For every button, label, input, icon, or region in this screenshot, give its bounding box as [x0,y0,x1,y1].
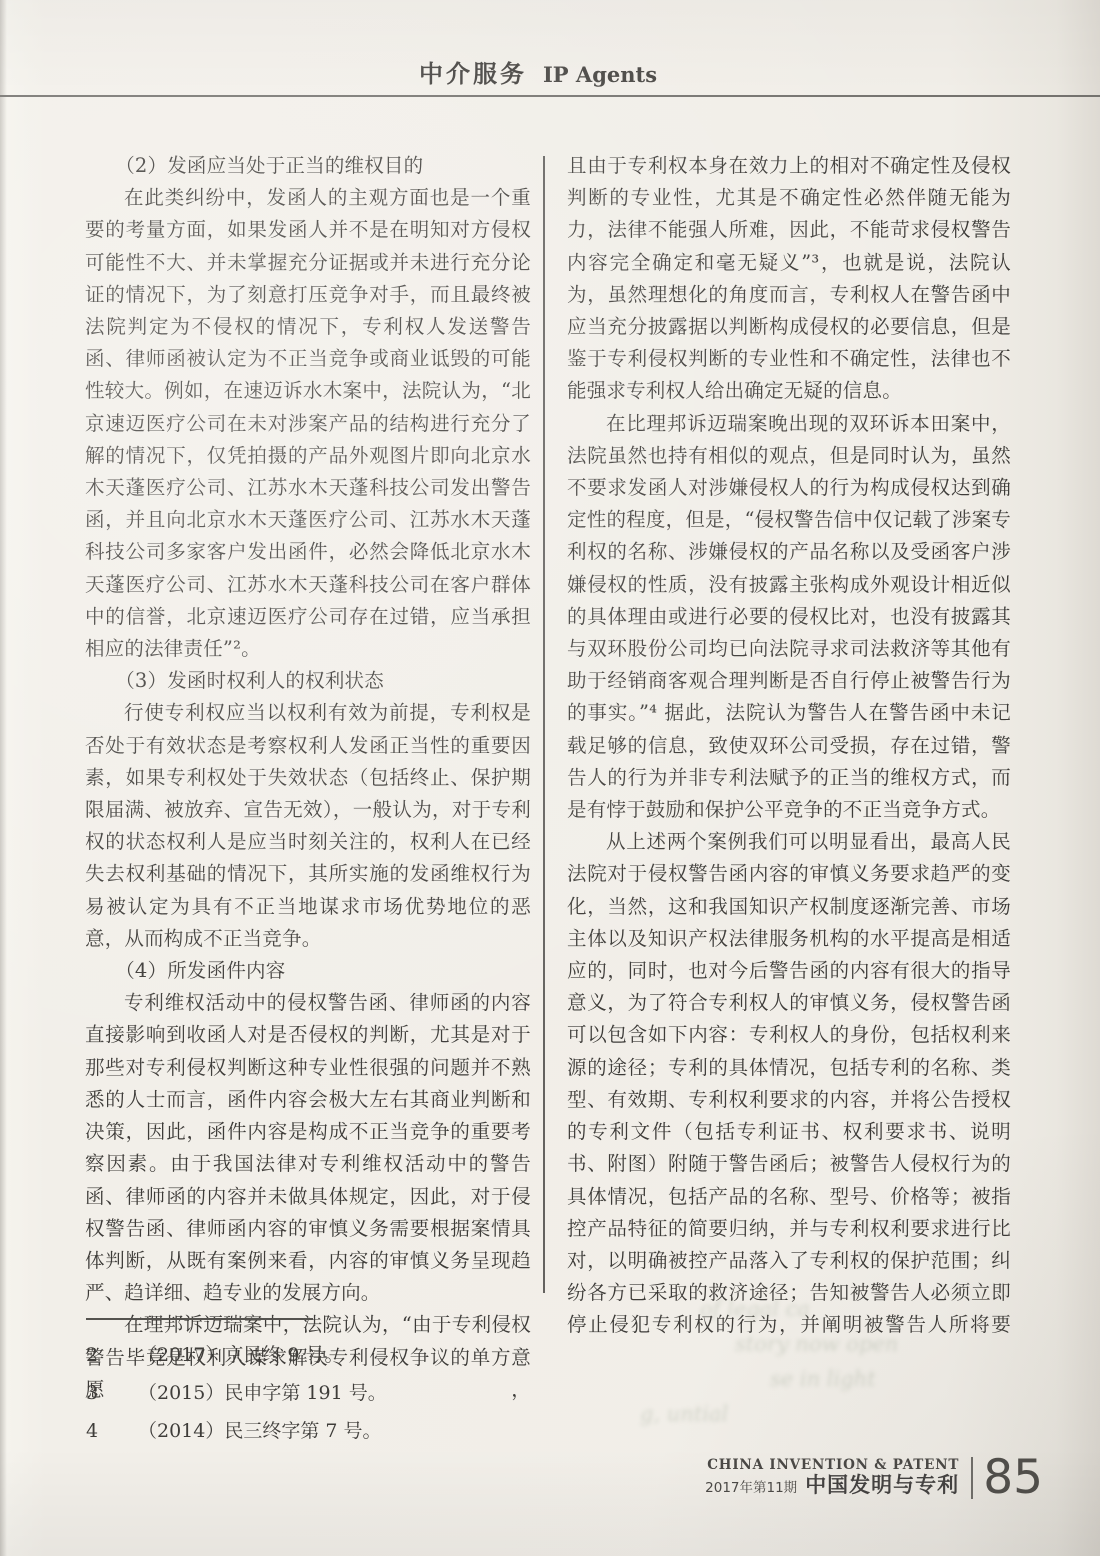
header-rule [0,95,1100,97]
text-block: （2）发函应当处于正当的维权目的 [85,150,531,182]
column-divider [543,156,545,1293]
article-column-left: （2）发函应当处于正当的维权目的在此类纠纷中，发函人的主观方面也是一个重要的考量… [85,150,531,1406]
footnote-rule [86,1318,313,1320]
footnote-row: 2 （2017）京民终 9 号。 [86,1336,546,1374]
text-block: （4）所发函件内容 [85,955,531,987]
page-footer: CHINA INVENTION & PATENT 2017年第11期中国发明与专… [705,1456,1043,1500]
text-block: 且由于专利权本身在效力上的相对不确定性及侵权判断的专业性，尤其是不确定性必然伴随… [567,150,1011,408]
issue-label: 2017年第11期 [705,1480,797,1496]
text-block: 从上述两个案例我们可以明显看出，最高人民法院对于侵权警告函内容的审慎义务要求趋严… [567,826,1011,1341]
bleed-through-text: g, untial [640,1397,1060,1432]
footnote-text: （2014）民三终字第 7 号。 [138,1412,546,1450]
footer-divider [971,1457,973,1499]
footer-journal-block: CHINA INVENTION & PATENT 2017年第11期中国发明与专… [705,1457,959,1500]
footnote-row: 4 （2014）民三终字第 7 号。 [86,1412,546,1450]
footnote-number: 2 [86,1336,138,1374]
footnotes: 2 （2017）京民终 9 号。 3 （2015）民申字第 191 号。 4 （… [86,1336,546,1450]
scanned-magazine-page: 中介服务IP Agents of legal castory now opens… [0,0,1100,1556]
article-column-right: 且由于专利权本身在效力上的相对不确定性及侵权判断的专业性，尤其是不确定性必然伴随… [567,150,1011,1342]
journal-line-cn: 2017年第11期中国发明与专利 [705,1473,959,1500]
footnote-number: 4 [86,1412,138,1450]
section-label-en: IP Agents [543,62,657,87]
footnote-text: （2015）民申字第 191 号。 [138,1374,546,1412]
footnote-row: 3 （2015）民申字第 191 号。 [86,1374,546,1412]
journal-name-en: CHINA INVENTION & PATENT [705,1457,959,1473]
text-block: 在比理邦诉迈瑞案晚出现的双环诉本田案中，法院虽然也持有相似的观点，但是同时认为，… [567,408,1011,827]
page-header: 中介服务IP Agents [0,54,1088,89]
text-block: 在此类纠纷中，发函人的主观方面也是一个重要的考量方面，如果发函人并不是在明知对方… [85,182,531,665]
page-number: 85 [983,1456,1043,1500]
footnote-number: 3 [86,1374,138,1412]
text-block: 行使专利权应当以权利有效为前提，专利权是否处于有效状态是考察权利人发函正当性的重… [85,697,531,955]
text-block: （3）发函时权利人的权利状态 [85,665,531,697]
text-block: 专利维权活动中的侵权警告函、律师函的内容直接影响到收函人对是否侵权的判断，尤其是… [85,987,531,1309]
section-label-cn: 中介服务 [419,60,527,88]
footnote-text: （2017）京民终 9 号。 [138,1336,546,1374]
bleed-through-text: se in light [770,1362,1060,1397]
journal-name-cn: 中国发明与专利 [805,1473,959,1497]
